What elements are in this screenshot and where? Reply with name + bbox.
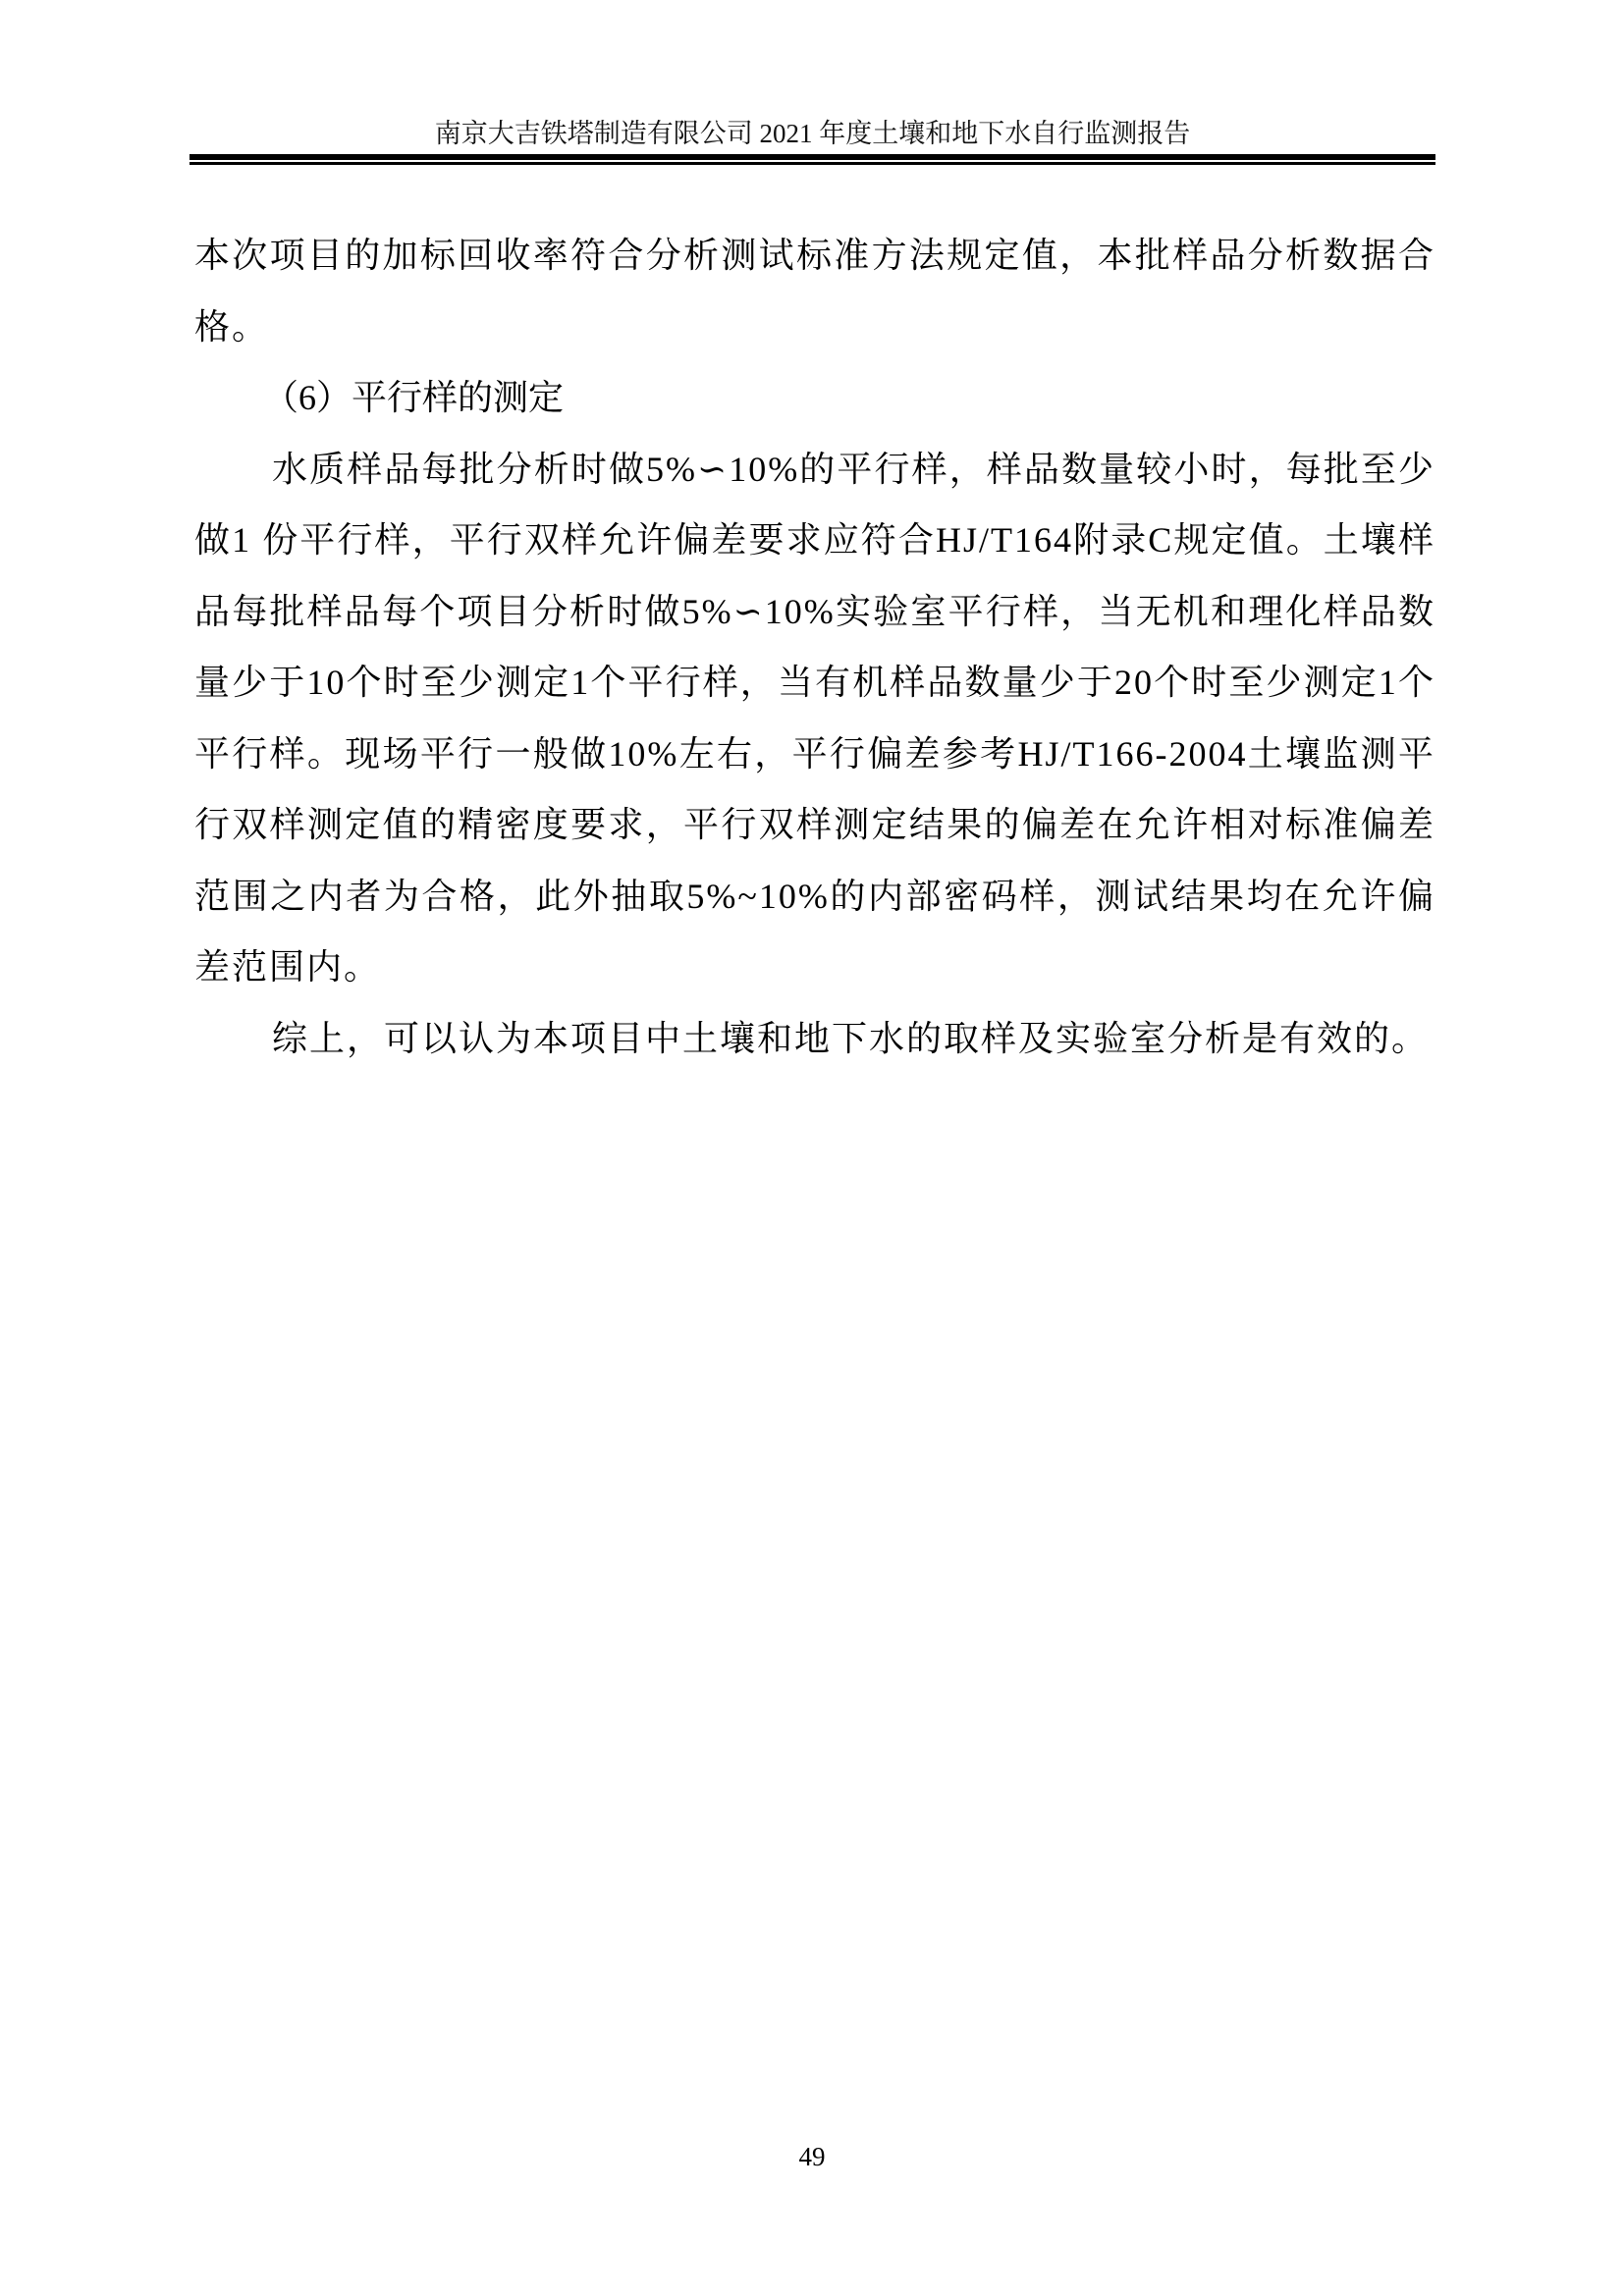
paragraph-parallel-samples: 水质样品每批分析时做5%∽10%的平行样，样品数量较小时，每批至少做1 份平行样…	[194, 434, 1435, 1003]
paragraph-continuation: 本次项目的加标回收率符合分析测试标准方法规定值，本批样品分析数据合格。	[194, 220, 1435, 362]
running-header-title: 南京大吉铁塔制造有限公司 2021 年度土壤和地下水自行监测报告	[189, 116, 1435, 151]
header-rule-thin	[189, 162, 1435, 165]
page-number: 49	[0, 2142, 1624, 2172]
section-heading: （6）平行样的测定	[194, 362, 1435, 434]
paragraph-conclusion: 综上，可以认为本项目中土壤和地下水的取样及实验室分析是有效的。	[194, 1003, 1435, 1075]
header-rule-thick	[189, 154, 1435, 160]
document-body: 本次项目的加标回收率符合分析测试标准方法规定值，本批样品分析数据合格。 （6）平…	[194, 220, 1435, 1074]
